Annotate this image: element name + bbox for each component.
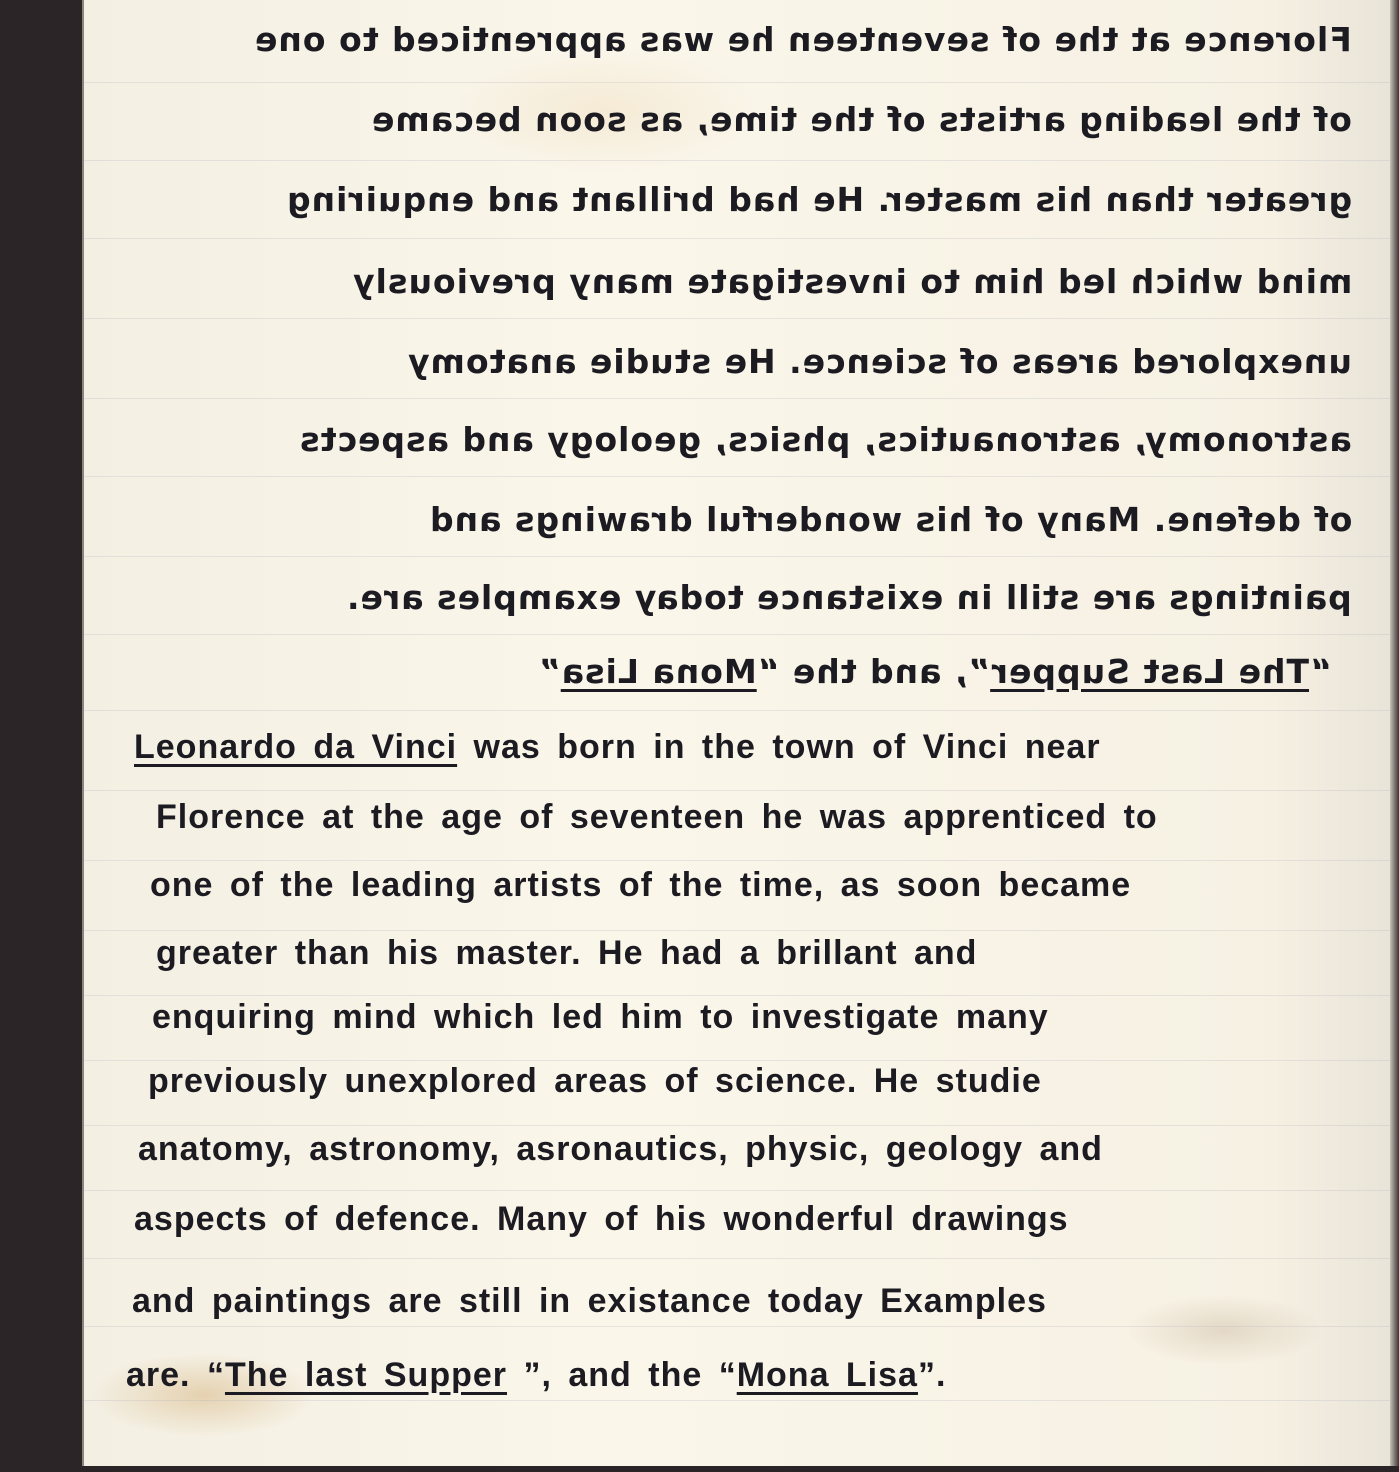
ruled-line <box>84 1326 1392 1327</box>
normal-line: Florence at the age of seventeen he was … <box>156 798 1158 837</box>
ruled-line <box>84 995 1392 996</box>
normal-line: enquiring mind which led him to investig… <box>152 998 1049 1037</box>
ruled-line <box>84 1060 1392 1061</box>
mirrored-titles-line: “The Last Supper”, and the “Mona Lisa” <box>538 652 1332 691</box>
mirrored-line: of the leading artists of the time, as s… <box>371 100 1352 139</box>
ruled-line <box>84 556 1392 557</box>
normal-titles-line: are. “The last Supper ”, and the “Mona L… <box>126 1356 946 1395</box>
ruled-line <box>84 1258 1392 1259</box>
mirrored-line: Florence at the of seventeen he was appr… <box>254 20 1352 59</box>
connector-text: ”, and the “ <box>507 1356 737 1394</box>
mirrored-line: greater than his master. He had brillant… <box>286 180 1352 219</box>
normal-line: one of the leading artists of the time, … <box>150 866 1131 905</box>
mirrored-line: mind which led him to investigate many p… <box>352 262 1352 301</box>
ruled-line <box>84 710 1392 711</box>
page-bottom-edge <box>82 1466 1399 1472</box>
normal-line: greater than his master. He had a brilla… <box>156 934 977 973</box>
ruled-line <box>84 634 1392 635</box>
line-prefix: are. “ <box>126 1356 225 1394</box>
normal-line: and paintings are still in existance tod… <box>132 1282 1047 1321</box>
ruled-line <box>84 398 1392 399</box>
line-text: was born in the town of Vinci near <box>457 728 1100 766</box>
mirrored-line: unexplored areas of science. He studie a… <box>407 342 1352 381</box>
ruled-line <box>84 860 1392 861</box>
scanner-background-left <box>0 0 82 1472</box>
title-last-supper: The last Supper <box>225 1356 507 1394</box>
name-leonardo-da-vinci: Leonardo da Vinci <box>134 728 457 766</box>
ruled-line <box>84 476 1392 477</box>
line-suffix: ”. <box>918 1356 946 1394</box>
page-right-edge <box>1390 0 1399 1472</box>
normal-line: anatomy, astronomy, asronautics, physic,… <box>138 1130 1103 1169</box>
ruled-line <box>84 318 1392 319</box>
title-mona-lisa: Mona Lisa <box>561 652 757 691</box>
mirrored-line: of defene. Many of his wonderful drawing… <box>429 500 1352 539</box>
title-last-supper: The Last Supper <box>990 652 1309 691</box>
ruled-line <box>84 160 1392 161</box>
connector-text: ”, and the “ <box>757 652 990 691</box>
ruled-line <box>84 82 1392 83</box>
title-mona-lisa: Mona Lisa <box>737 1356 918 1394</box>
close-quote: ” <box>538 652 561 691</box>
open-quote: “ <box>1309 652 1332 691</box>
normal-line: Leonardo da Vinci was born in the town o… <box>134 728 1101 767</box>
ruled-line <box>84 238 1392 239</box>
normal-line: previously unexplored areas of science. … <box>148 1062 1042 1101</box>
normal-line: aspects of defence. Many of his wonderfu… <box>134 1200 1069 1239</box>
notebook-page: Florence at the of seventeen he was appr… <box>82 0 1392 1468</box>
ruled-line <box>84 930 1392 931</box>
mirrored-line: paintings are still in existance today e… <box>346 578 1352 617</box>
ruled-line <box>84 1190 1392 1191</box>
ruled-line <box>84 1400 1392 1401</box>
ruled-line <box>84 790 1392 791</box>
mirrored-line: astronomy, astronautics, phsics, geology… <box>299 420 1352 459</box>
ruled-line <box>84 1125 1392 1126</box>
